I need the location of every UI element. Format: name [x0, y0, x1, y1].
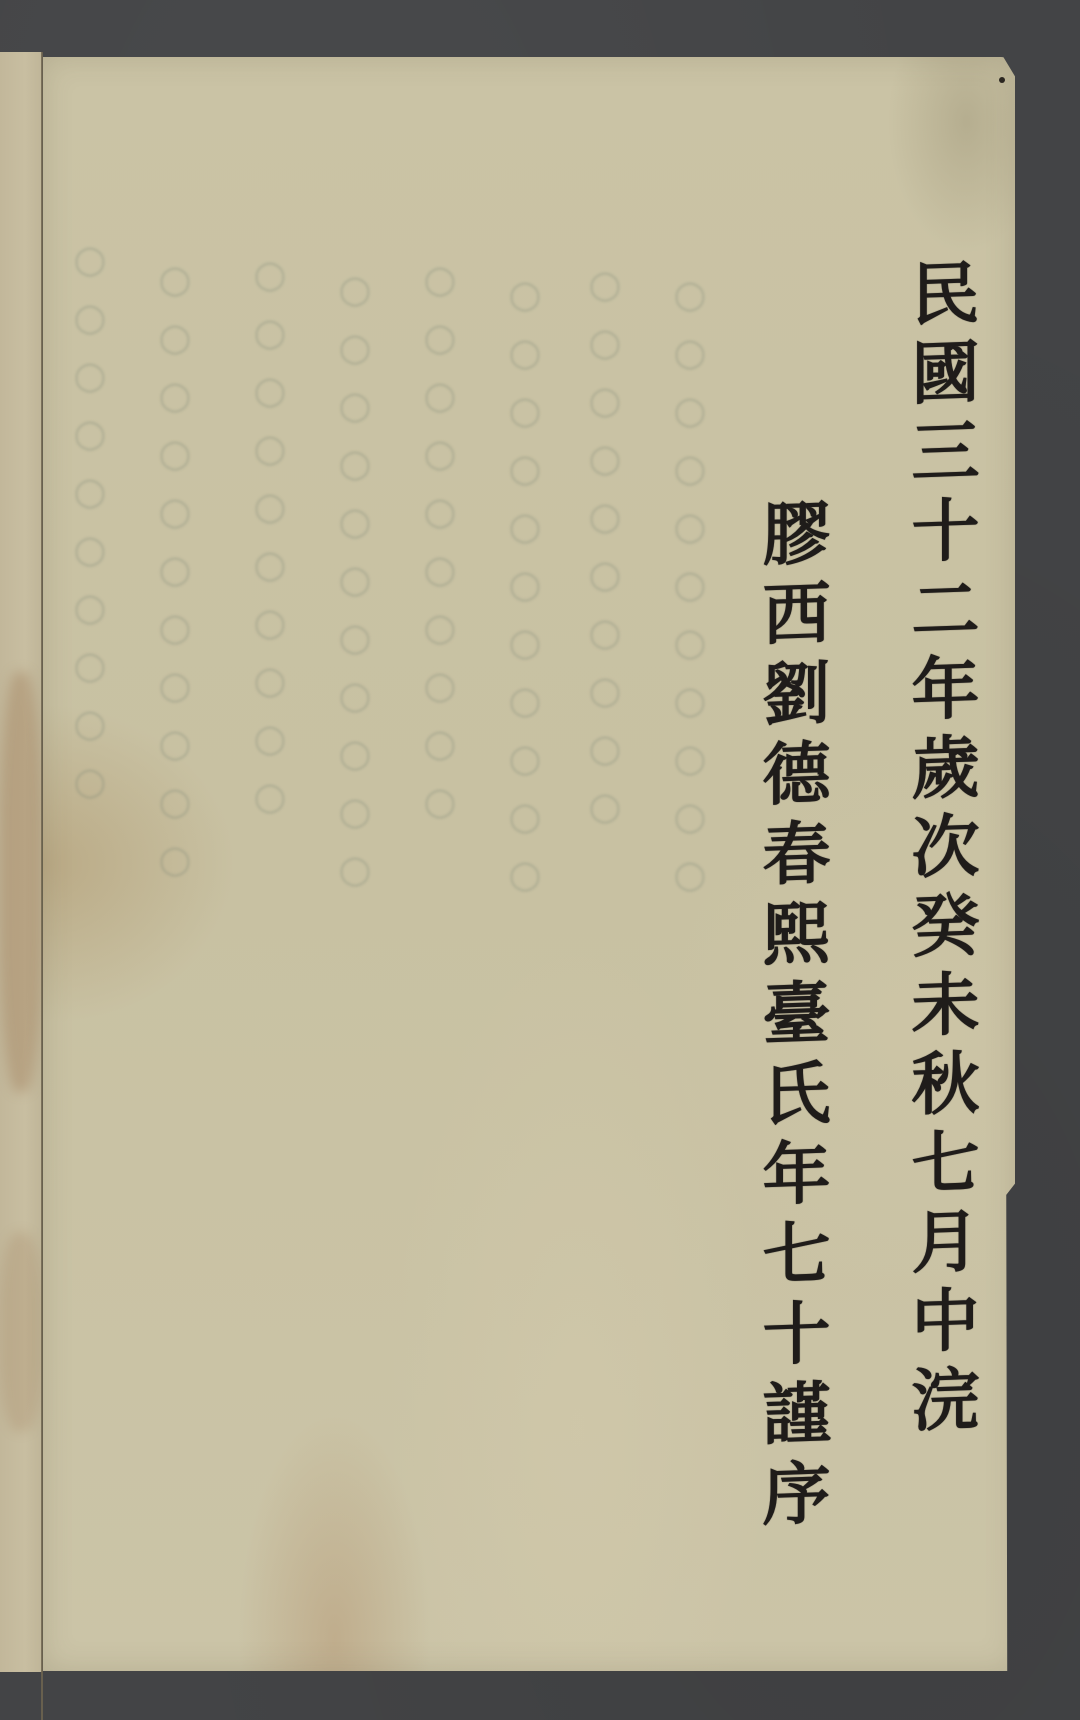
- water-stain: [0, 1232, 42, 1432]
- ink-spot: [999, 77, 1005, 83]
- bleed-through-column: ○○○○○○○○○○: [258, 252, 304, 832]
- bleed-through-column: ○○○○○○○○○○○: [343, 267, 389, 905]
- preface-date-column: 民國三十二年歲次癸未秋七月中浣: [906, 257, 974, 1444]
- preface-author-column: 膠西劉德春熙臺氏年七十謹序: [757, 497, 825, 1539]
- bleed-through-column: ○○○○○○○○○○: [593, 262, 639, 842]
- document-page: ○○○○○○○○○○ ○○○○○○○○○○○ ○○○○○○○○○○ ○○○○○○…: [43, 57, 1015, 1671]
- bleed-through-column: ○○○○○○○○○○: [428, 257, 474, 837]
- bleed-through-column: ○○○○○○○○○○○: [163, 257, 209, 895]
- previous-page-edge: [0, 52, 42, 1672]
- book-spine-fold: [41, 52, 43, 1720]
- bleed-through-column: ○○○○○○○○○○○: [513, 272, 559, 910]
- bleed-through-column: ○○○○○○○○○○: [78, 237, 124, 817]
- water-stain: [0, 672, 42, 1092]
- bleed-through-column: ○○○○○○○○○○○: [678, 272, 724, 910]
